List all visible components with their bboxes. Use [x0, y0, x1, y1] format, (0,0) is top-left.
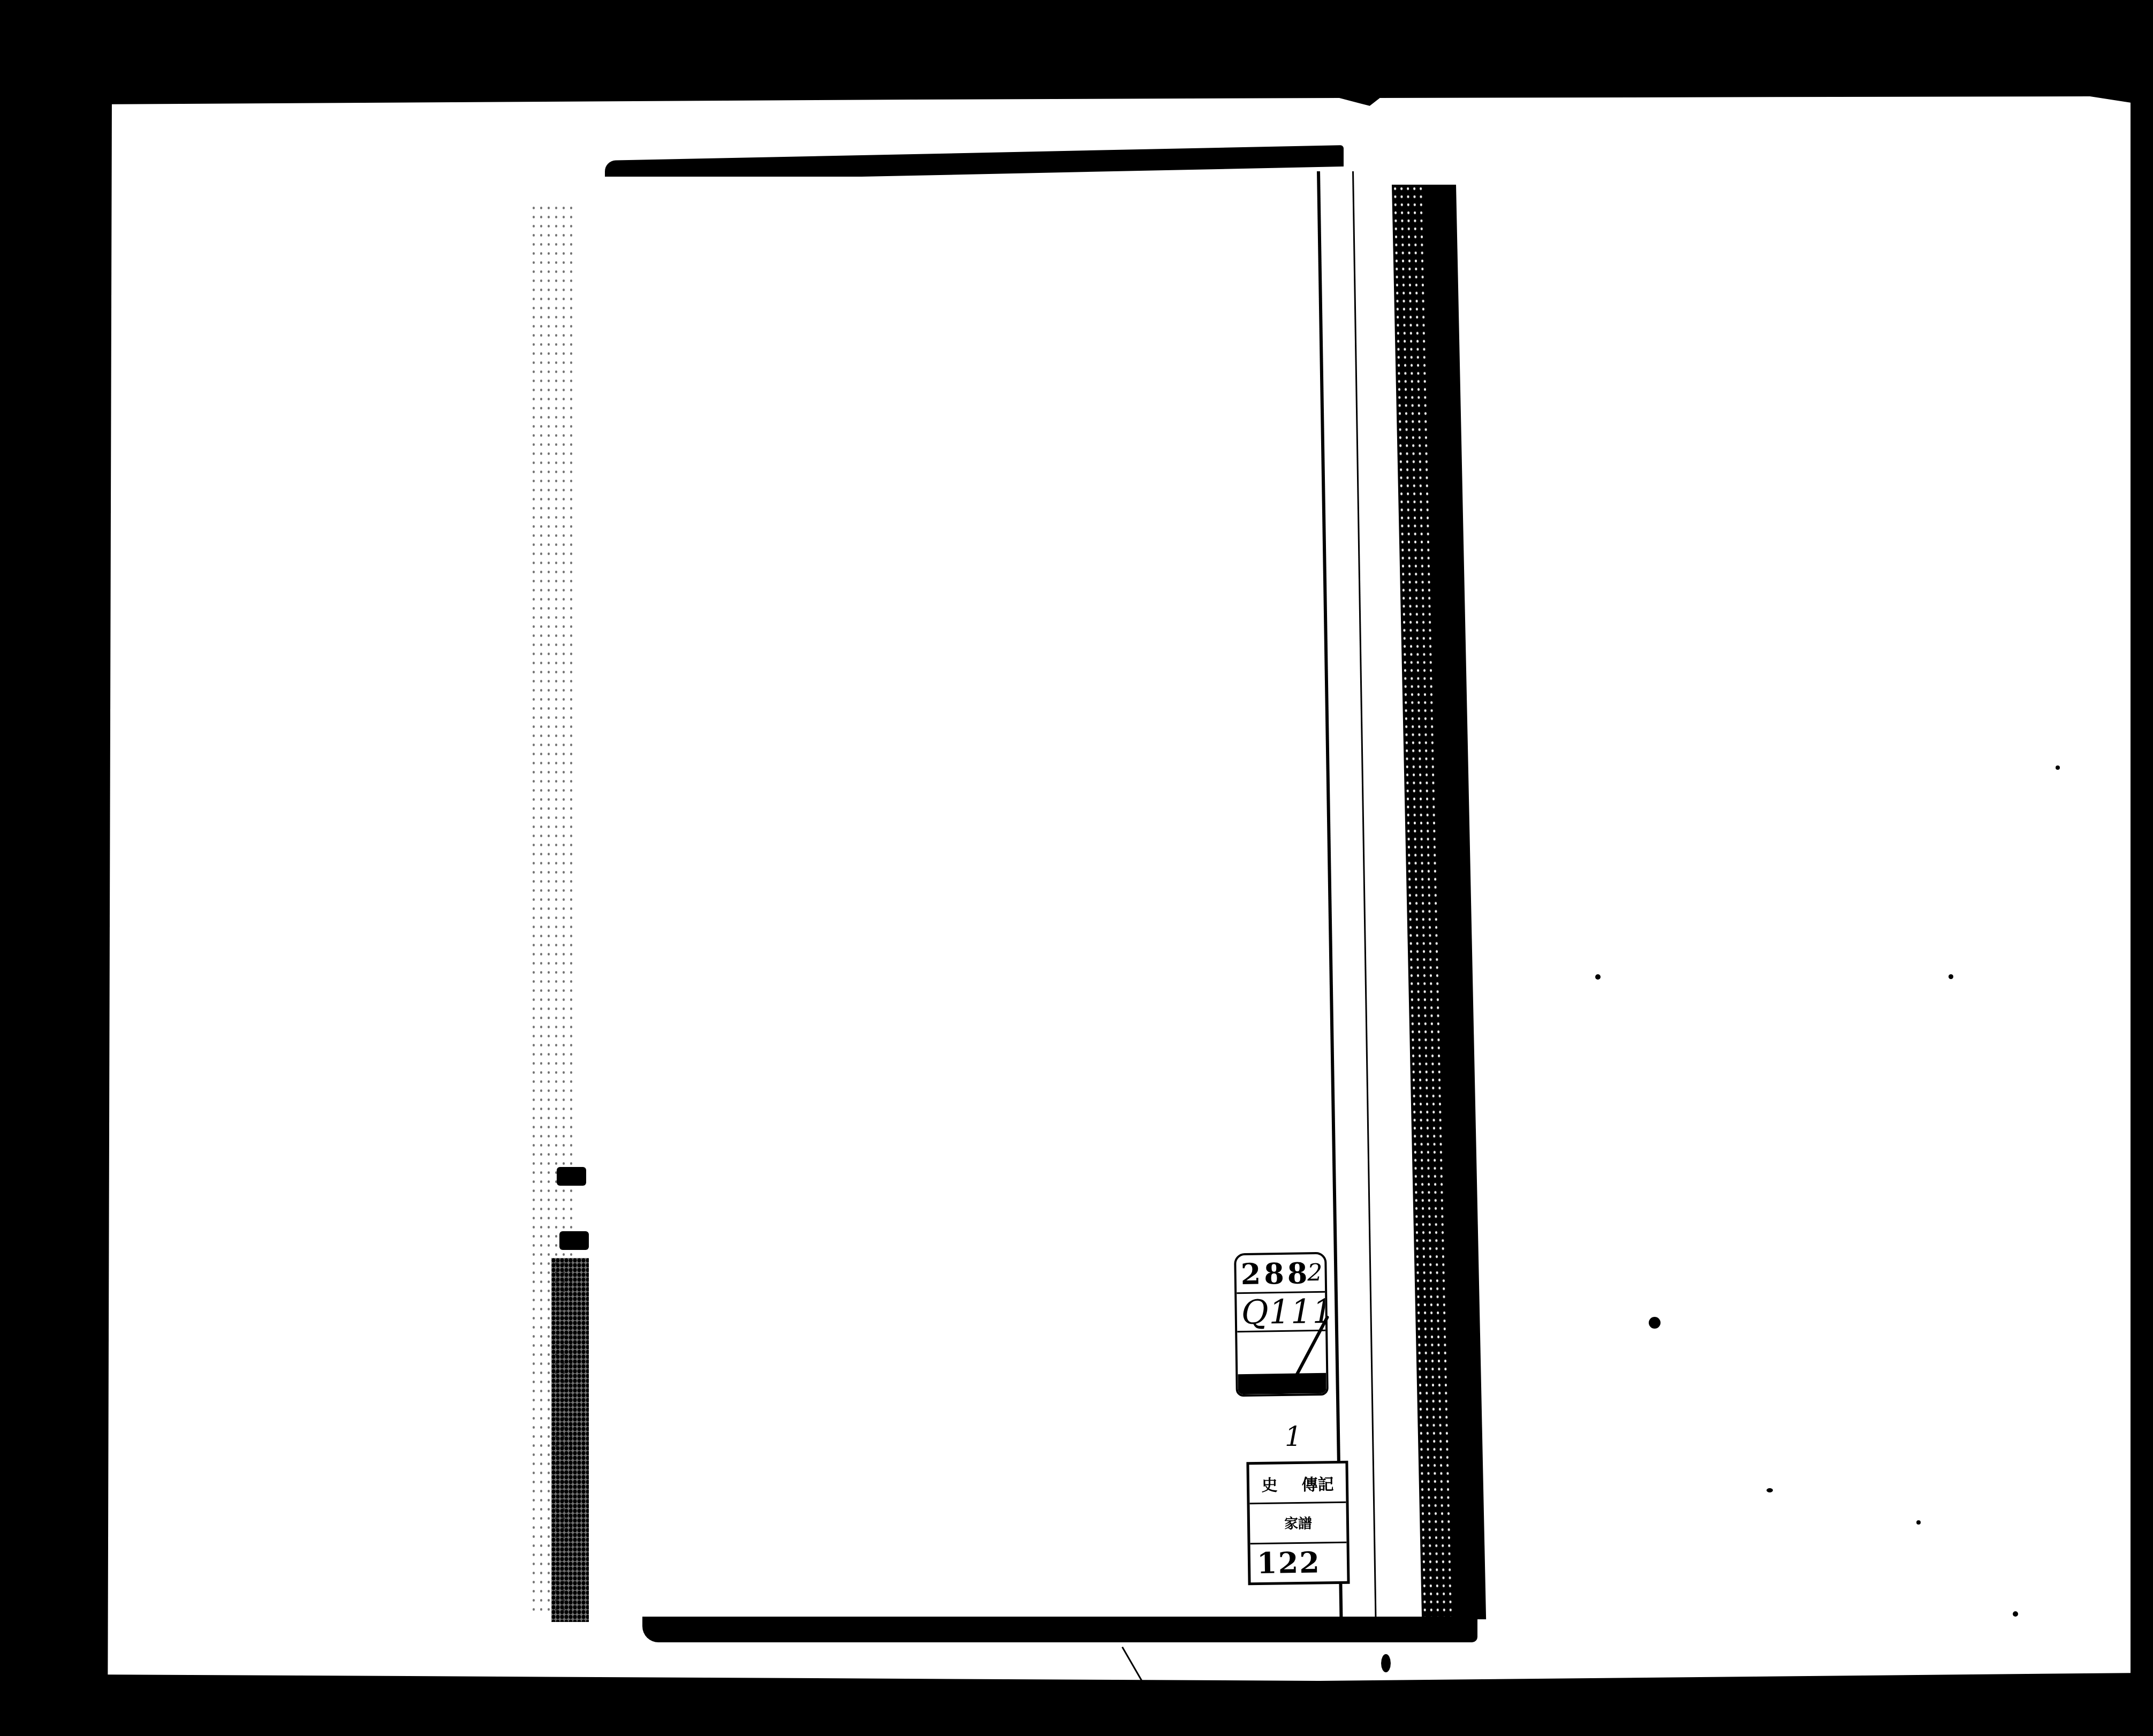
call-number-row-1: 288 2 — [1236, 1254, 1325, 1294]
spine-left-shadow — [551, 1258, 594, 1622]
book: 288 2 Q1112g 1 史 傳記 家譜 122 — [589, 161, 1477, 1643]
dust-speck — [1381, 1654, 1391, 1672]
classification-row-3: 122 — [1250, 1543, 1347, 1582]
shelf-mark-handwritten: Q1112g — [1241, 1291, 1329, 1332]
volume-mark: 1 — [1285, 1421, 1302, 1452]
classification-row-2: 家譜 — [1250, 1503, 1347, 1544]
call-number-row-3 — [1237, 1331, 1326, 1375]
dust-speck — [1949, 974, 1953, 979]
class-number: 122 — [1257, 1545, 1321, 1581]
book-cover — [589, 177, 1328, 1622]
classification-row-1: 史 傳記 — [1249, 1464, 1346, 1505]
spine-mark — [557, 1167, 586, 1186]
book-bottom-edge — [642, 1617, 1477, 1642]
dust-speck — [1649, 1317, 1661, 1329]
class-subcategory: 傳記 — [1301, 1471, 1334, 1495]
call-number-printed: 288 — [1240, 1256, 1311, 1291]
dust-speck — [1916, 1520, 1921, 1525]
dust-speck — [1767, 1488, 1773, 1492]
call-number-row-2: Q1112g — [1237, 1293, 1325, 1332]
classification-label: 史 傳記 家譜 122 — [1246, 1461, 1350, 1586]
class-category: 史 — [1261, 1472, 1278, 1495]
spine-mark — [559, 1231, 589, 1250]
dust-speck — [1595, 974, 1601, 980]
dust-speck — [2013, 1611, 2018, 1617]
call-number-suffix: 2 — [1307, 1259, 1323, 1286]
call-number-label: 288 2 Q1112g — [1234, 1252, 1329, 1397]
call-label-black-band — [1238, 1373, 1326, 1394]
dust-speck — [2056, 765, 2060, 770]
class-topic: 家譜 — [1284, 1513, 1313, 1533]
